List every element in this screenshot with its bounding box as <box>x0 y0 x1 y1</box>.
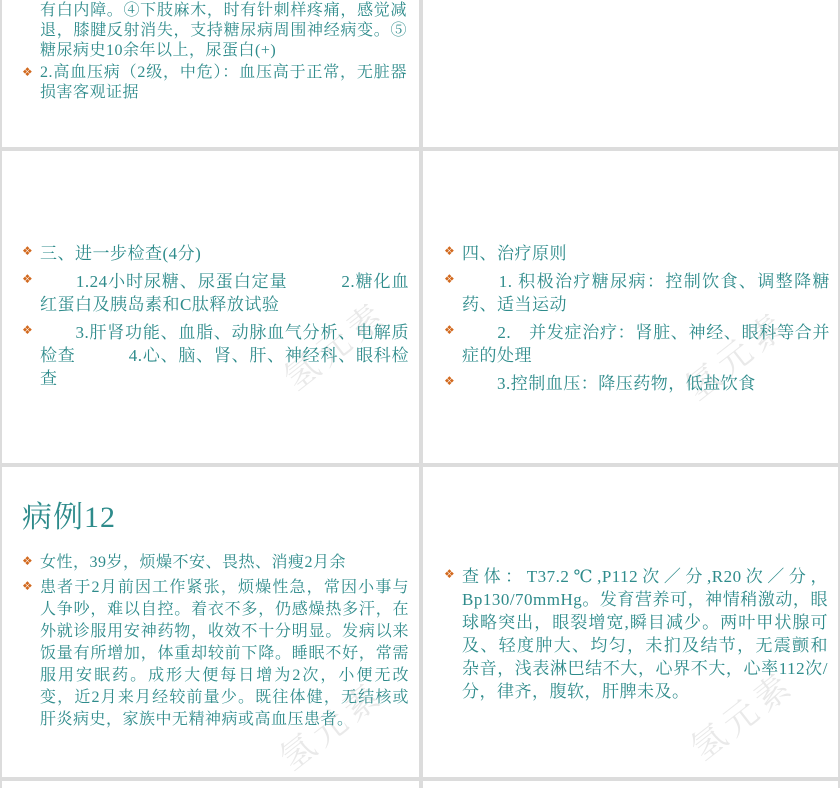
bullet-item: ❖ 患者于2月前因工作紧张，烦燥性急，常因小事与人争吵，难以自控。着衣不多，仍感… <box>22 577 409 731</box>
bullet-item: ❖ 1.24小时尿糖、尿蛋白定量 2.糖化血红蛋白及胰岛素和C肽释放试验 <box>22 270 409 316</box>
diamond-bullet-icon: ❖ <box>22 324 33 336</box>
bullet-text: 2.高血压病（2级，中危）：血压高于正常，无脏器损害客观证据 <box>40 64 407 101</box>
diamond-bullet-icon: ❖ <box>444 273 455 285</box>
diamond-bullet-icon: ❖ <box>444 568 455 580</box>
bullet-text: 三、进一步检查(4分) <box>40 244 201 263</box>
bullet-item: ❖ 2. 并发症治疗：肾脏、神经、眼科等合并症的处理 <box>444 321 830 367</box>
bullet-text: 四、治疗原则 <box>462 244 567 263</box>
bullet-text: 2. 并发症治疗：肾脏、神经、眼科等合并症的处理 <box>462 323 830 365</box>
bullet-text: 有白内障。④下肢麻木，时有针刺样疼痛，感觉减退，膝腱反射消失，支持糖尿病周围神经… <box>40 2 407 59</box>
bullet-text: 查体：T37.2℃,P112次／分,R20次／分， Bp130/70mmHg。发… <box>462 567 828 701</box>
slide-thumbnail-treatment-principles[interactable]: 氢元素 ❖ 四、治疗原则 ❖ 1. 积极治疗糖尿病：控制饮食、调整降糖药、适当运… <box>423 151 838 463</box>
diamond-bullet-icon: ❖ <box>22 245 33 257</box>
slide-title: 病例12 <box>22 498 409 538</box>
slide-thumbnail-case12[interactable]: 氢元素 病例12 ❖ 女性，39岁，烦燥不安、畏热、消瘦2月余 ❖ 患者于2月前… <box>2 467 419 777</box>
bullet-item: 有白内障。④下肢麻木，时有针刺样疼痛，感觉减退，膝腱反射消失，支持糖尿病周围神经… <box>22 1 407 61</box>
bullet-text: 女性，39岁，烦燥不安、畏热、消瘦2月余 <box>40 554 346 571</box>
slide-sorter-grid: 有白内障。④下肢麻木，时有针刺样疼痛，感觉减退，膝腱反射消失，支持糖尿病周围神经… <box>0 0 840 788</box>
bullet-text: 1.24小时尿糖、尿蛋白定量 2.糖化血红蛋白及胰岛素和C肽释放试验 <box>40 272 409 314</box>
bullet-item: ❖ 3.肝肾功能、血脂、动脉血气分析、电解质检查 4.心、脑、肾、肝、神经科、眼… <box>22 321 409 390</box>
diamond-bullet-icon: ❖ <box>22 580 33 592</box>
diamond-bullet-icon: ❖ <box>444 375 455 387</box>
slide-body: ❖ 三、进一步检查(4分) ❖ 1.24小时尿糖、尿蛋白定量 2.糖化血红蛋白及… <box>2 151 419 390</box>
diamond-bullet-icon: ❖ <box>22 555 33 567</box>
slide-thumbnail-partial-left[interactable] <box>2 781 419 788</box>
bullet-text: 3.肝肾功能、血脂、动脉血气分析、电解质检查 4.心、脑、肾、肝、神经科、眼科检… <box>40 323 409 388</box>
bullet-item: ❖ 1. 积极治疗糖尿病：控制饮食、调整降糖药、适当运动 <box>444 270 830 316</box>
diamond-bullet-icon: ❖ <box>22 66 33 78</box>
bullet-item: ❖ 查体：T37.2℃,P112次／分,R20次／分， Bp130/70mmHg… <box>444 565 828 703</box>
bullet-item: ❖ 四、治疗原则 <box>444 242 830 265</box>
slide-thumbnail-further-tests[interactable]: 氢元素 ❖ 三、进一步检查(4分) ❖ 1.24小时尿糖、尿蛋白定量 2.糖化血… <box>2 151 419 463</box>
slide-thumbnail-top-left[interactable]: 有白内障。④下肢麻木，时有针刺样疼痛，感觉减退，膝腱反射消失，支持糖尿病周围神经… <box>2 0 419 147</box>
bullet-text: 3.控制血压：降压药物，低盐饮食 <box>462 374 756 393</box>
bullet-text: 1. 积极治疗糖尿病：控制饮食、调整降糖药、适当运动 <box>462 272 830 314</box>
slide-thumbnail-partial-right[interactable] <box>423 781 838 788</box>
slide-thumbnail-physical-exam[interactable]: 氢元素 ❖ 查体：T37.2℃,P112次／分,R20次／分， Bp130/70… <box>423 467 838 777</box>
slide-body: ❖ 查体：T37.2℃,P112次／分,R20次／分， Bp130/70mmHg… <box>423 467 838 703</box>
bullet-item: ❖ 三、进一步检查(4分) <box>22 242 409 265</box>
bullet-item: ❖ 女性，39岁，烦燥不安、畏热、消瘦2月余 <box>22 552 409 574</box>
bullet-item: ❖ 2.高血压病（2级，中危）：血压高于正常，无脏器损害客观证据 <box>22 63 407 103</box>
diamond-bullet-icon: ❖ <box>444 324 455 336</box>
diamond-bullet-icon: ❖ <box>22 273 33 285</box>
slide-body: 病例12 ❖ 女性，39岁，烦燥不安、畏热、消瘦2月余 ❖ 患者于2月前因工作紧… <box>2 467 419 731</box>
slide-body: 有白内障。④下肢麻木，时有针刺样疼痛，感觉减退，膝腱反射消失，支持糖尿病周围神经… <box>2 0 419 103</box>
bullet-item: ❖ 3.控制血压：降压药物，低盐饮食 <box>444 372 830 395</box>
bullet-text: 患者于2月前因工作紧张，烦燥性急，常因小事与人争吵，难以自控。着衣不多，仍感燥热… <box>40 579 409 728</box>
slide-thumbnail-top-right[interactable] <box>423 0 838 147</box>
slide-body: ❖ 四、治疗原则 ❖ 1. 积极治疗糖尿病：控制饮食、调整降糖药、适当运动 ❖ … <box>423 151 838 395</box>
diamond-bullet-icon: ❖ <box>444 245 455 257</box>
